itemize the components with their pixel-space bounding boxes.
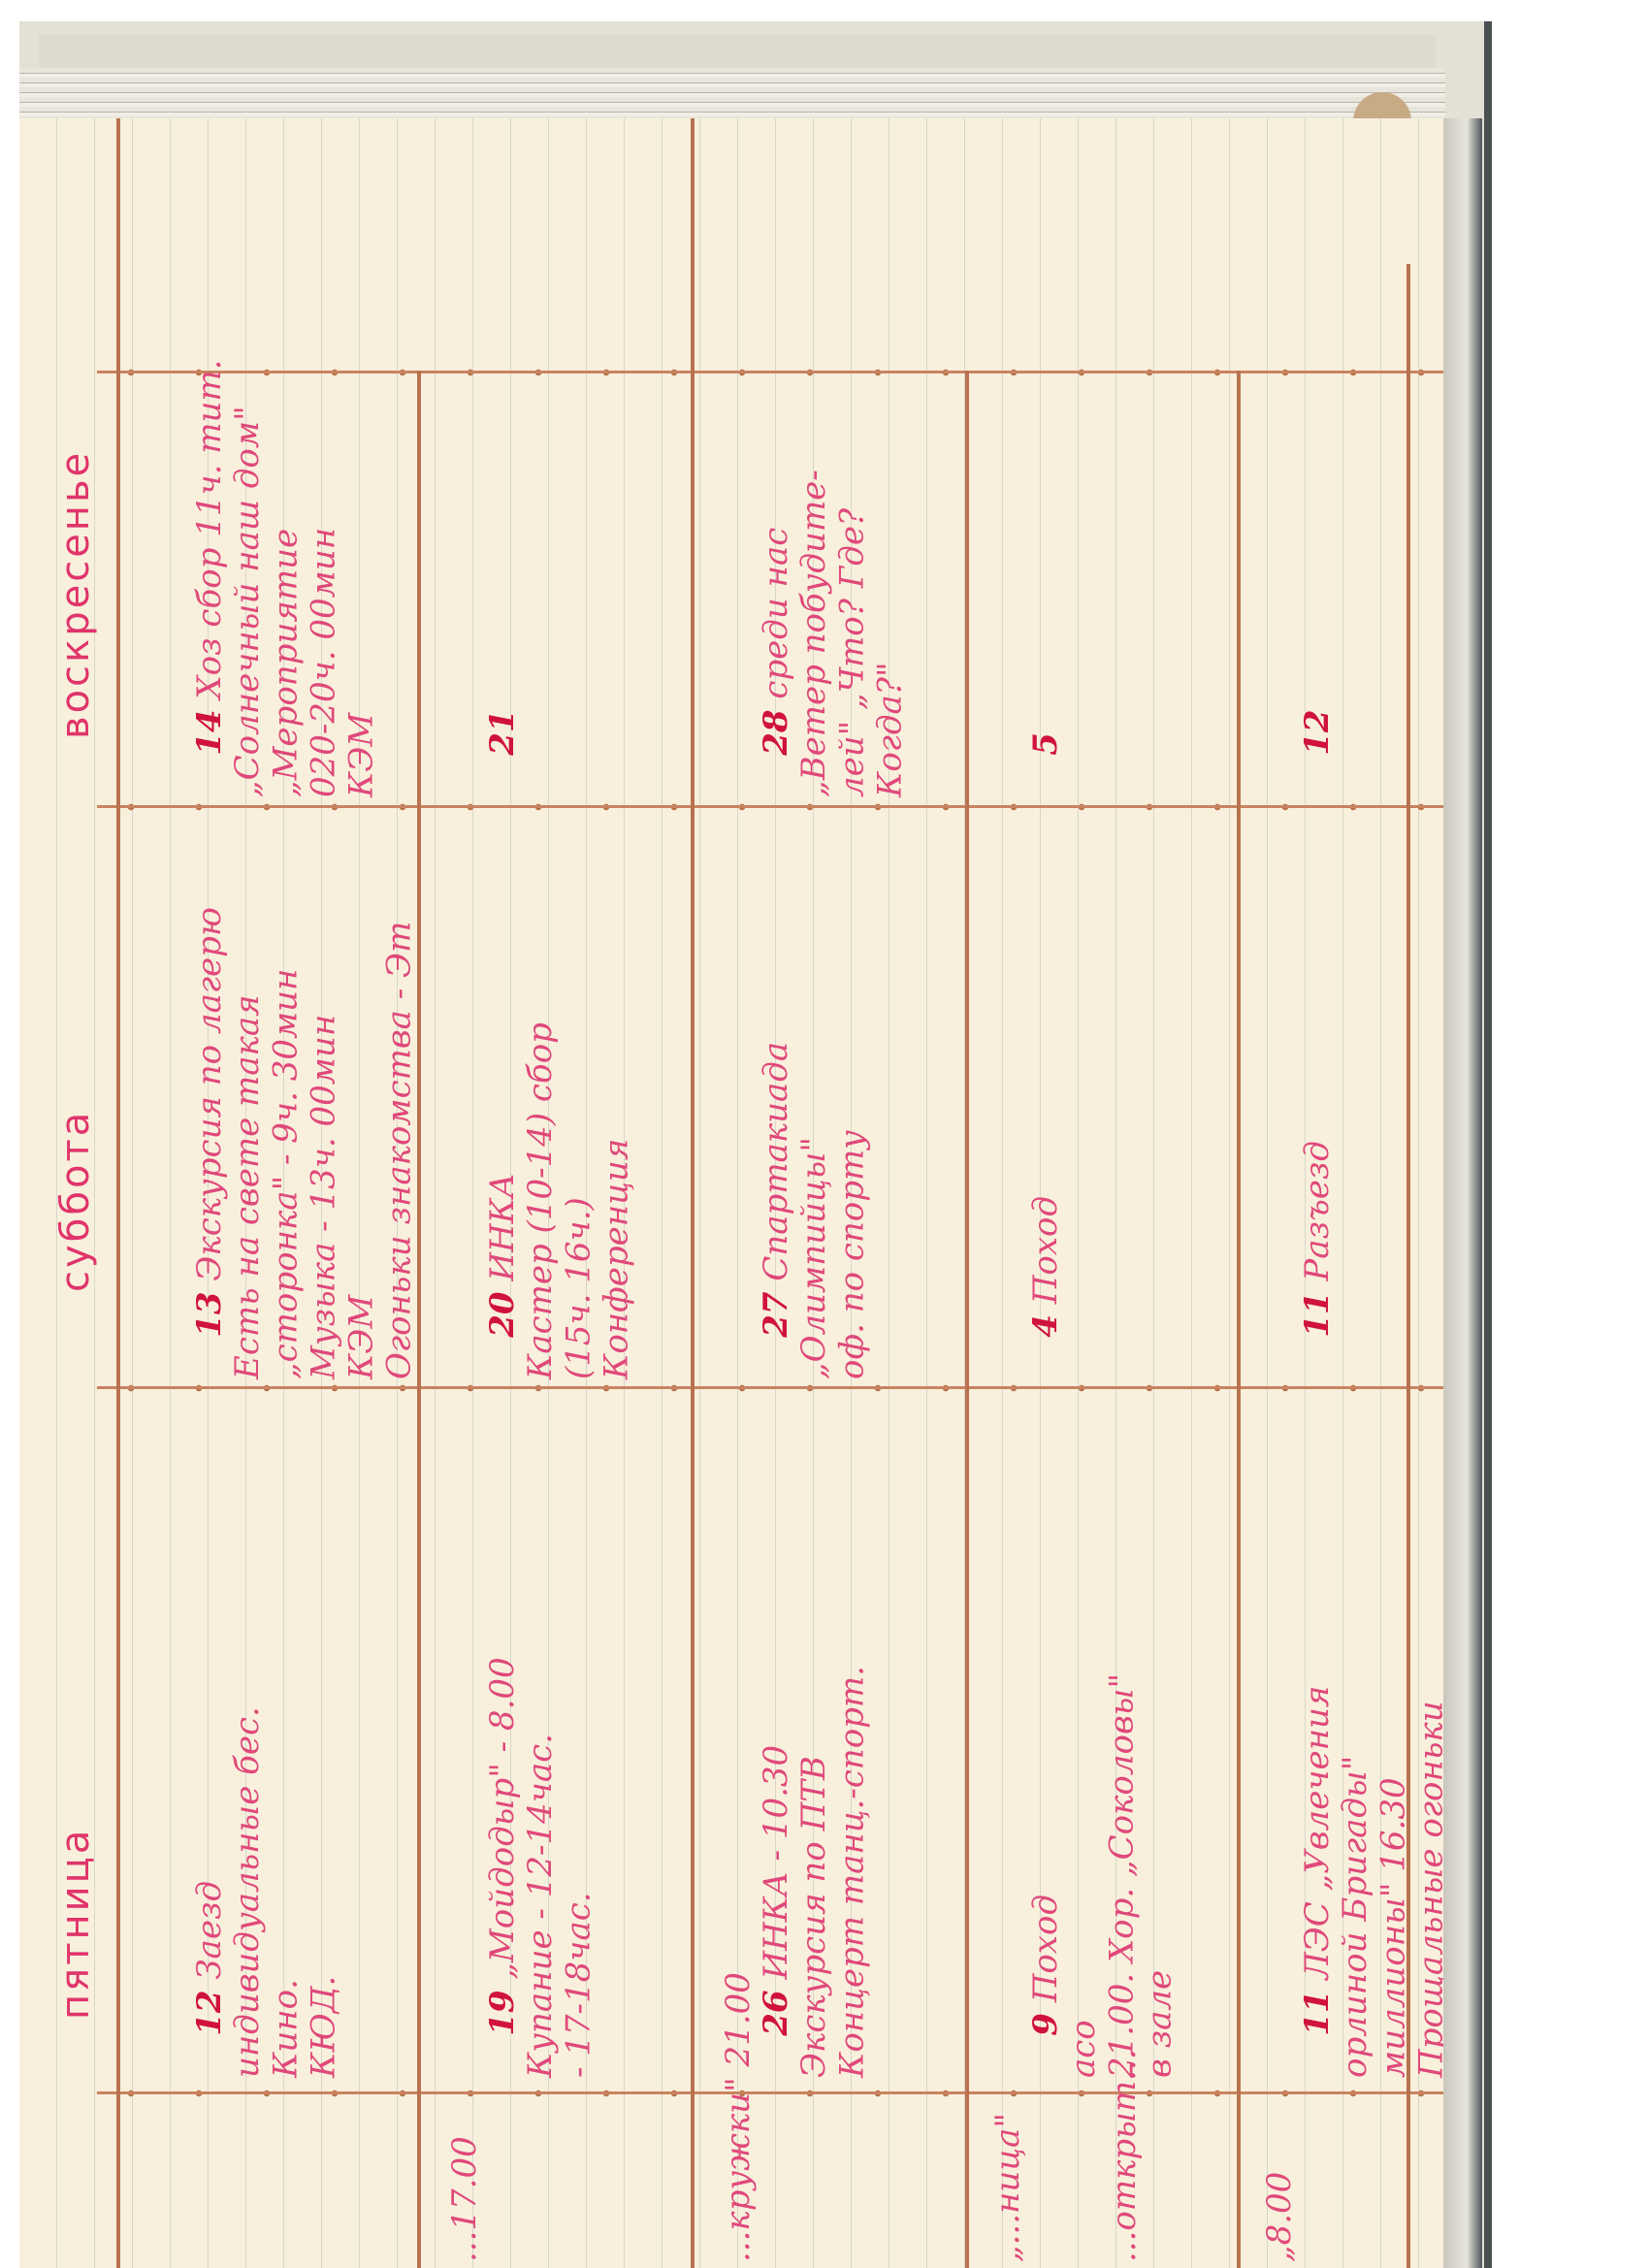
week-2-3-border — [691, 118, 695, 2268]
cell-week1-saturday: 13 Экскурсия по лагерю Есть на свете так… — [153, 817, 457, 1379]
saturday-friday-line — [97, 1386, 1445, 1389]
day-number: 4 — [1026, 1314, 1065, 1338]
day-number: 19 — [483, 1990, 522, 2035]
page-stack-edges — [19, 68, 1445, 121]
day-header-saturday: суббота — [53, 923, 98, 1292]
cell-week3-sunday: 28 среди нас „Ветер побудите- лей" „Что?… — [720, 380, 948, 797]
cell-week2-friday: 19 „Мойдодыр" - 8.00 Купание - 12-14час.… — [446, 1409, 635, 2078]
thursday-fragment: ...17.00 — [446, 2107, 484, 2262]
friday-thursday-line — [97, 2091, 1445, 2094]
cell-week5-sunday: 12 — [1261, 380, 1374, 797]
cell-week1-friday: 12 Заезд индивидуальные бес. Кино. КЮД. — [153, 1409, 381, 2078]
day-number: 27 — [757, 1291, 795, 1337]
planner-page: пятница суббота воскресенье 12 Заезд инд… — [19, 118, 1443, 2268]
day-number: 12 — [190, 1990, 229, 2035]
cell-week4-saturday: 4 Поход — [989, 817, 1103, 1379]
day-number: 20 — [483, 1291, 522, 1337]
week-3-4-border — [965, 371, 969, 2268]
sunday-saturday-line — [97, 805, 1445, 808]
cell-week4-friday: 9 Поход асо 21.00. Хор. „Соколовы" в зал… — [989, 1409, 1217, 2078]
label-column-border — [116, 118, 120, 2268]
week-4-5-border — [1237, 371, 1241, 2268]
day-number: 14 — [190, 709, 229, 755]
cell-week2-saturday: 20 ИНКА Кастер (10-14) сбор (15ч. 16ч.) … — [446, 817, 674, 1379]
thursday-fragment: „8.00 — [1261, 2107, 1299, 2262]
day-number: 28 — [757, 709, 795, 755]
cell-notes: Разъезд — [1298, 1141, 1337, 1281]
cell-week3-saturday: 27 Спартакиада „Олимпийцы" оф. по спорту — [720, 817, 909, 1379]
day-number: 26 — [757, 1990, 795, 2035]
cell-week1-sunday: 14 Хоз сбор 11ч. тит. „Солнечный наш дом… — [153, 380, 419, 797]
thursday-fragment: ...открыт... — [1106, 2107, 1144, 2262]
day-number: 21 — [483, 709, 522, 755]
day-header-sunday: воскресенье — [53, 332, 98, 739]
day-number: 9 — [1026, 2013, 1065, 2036]
day-number: 12 — [1298, 709, 1337, 755]
cell-notes: Поход — [1026, 1196, 1065, 1304]
thursday-fragment: ...кружки" 21.00 — [720, 2107, 758, 2262]
thursday-fragment: „...ница" — [989, 2107, 1027, 2262]
sunday-top-line — [97, 371, 1445, 373]
cell-week5-saturday: 11 Разъезд — [1261, 817, 1374, 1379]
day-number: 5 — [1026, 732, 1065, 756]
cell-week2-sunday: 21 — [446, 380, 560, 797]
day-header-friday: пятница — [53, 1651, 98, 2020]
day-number: 11 — [1298, 1291, 1337, 1337]
page-edge-shadow — [1443, 118, 1482, 2268]
day-number: 11 — [1298, 1990, 1337, 2035]
cell-week4-sunday: 5 — [989, 380, 1103, 797]
day-number: 13 — [190, 1291, 229, 1337]
